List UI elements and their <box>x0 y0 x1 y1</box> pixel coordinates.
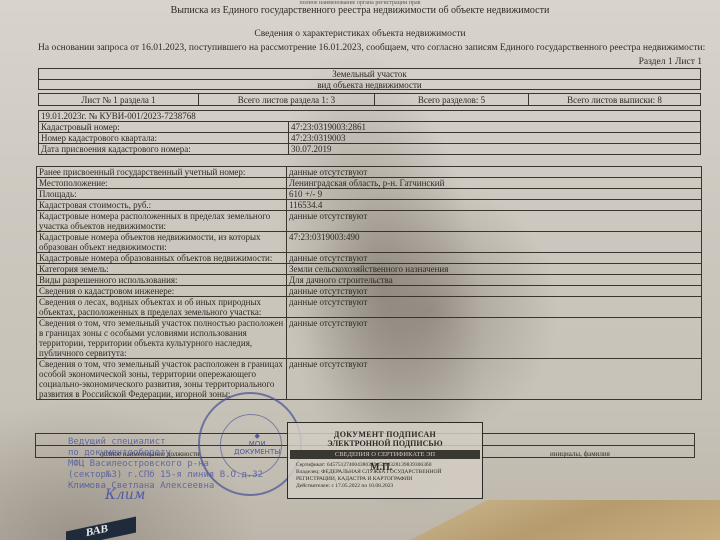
row-label: Кадастровые номера расположенных в преде… <box>37 211 287 232</box>
table-row: Сведения о том, что земельный участок по… <box>37 318 702 359</box>
row-value: 30.07.2019 <box>289 144 701 155</box>
document-subtitle: Сведения о характеристиках объекта недви… <box>0 29 720 39</box>
table-row: Категория земель:Земли сельскохозяйствен… <box>37 264 702 275</box>
row-label: Кадастровый номер: <box>39 122 289 133</box>
esig-heading-1: ДОКУМЕНТ ПОДПИСАН <box>288 430 482 439</box>
table-row: Кадастровые номера объектов недвижимости… <box>37 232 702 253</box>
table-row: Кадастровый номер: 47:23:0319003:2861 <box>39 122 701 133</box>
row-label: Ранее присвоенный государственный учетны… <box>37 167 287 178</box>
row-value: Ленинградская область, р-н. Гатчинский <box>287 178 702 189</box>
table-row: Ранее присвоенный государственный учетны… <box>37 167 702 178</box>
table-row: Виды разрешенного использования:Для дачн… <box>37 275 702 286</box>
row-value: данные отсутствуют <box>287 359 702 400</box>
table-row: Сведения о лесах, водных объектах и об и… <box>37 297 702 318</box>
row-value: данные отсутствуют <box>287 253 702 264</box>
row-label: Сведения о лесах, водных объектах и об и… <box>37 297 287 318</box>
blue-card-corner: ВАВ <box>66 517 136 540</box>
esig-validity: Действителен: с 17.05.2022 по 10.08.2023 <box>296 483 482 490</box>
table-row: Сведения о кадастровом инженере:данные о… <box>37 286 702 297</box>
row-value: Для дачного строительства <box>287 275 702 286</box>
row-label: Кадастровая стоимость, руб.: <box>37 200 287 211</box>
object-type-caption: вид объекта недвижимости <box>38 79 701 90</box>
row-label: Площадь: <box>37 189 287 200</box>
row-value: 47:23:0319003 <box>289 133 701 144</box>
row-label: Сведения о том, что земельный участок по… <box>37 318 287 359</box>
row-value: 610 +/- 9 <box>287 189 702 200</box>
row-value: Земли сельскохозяйственного назначения <box>287 264 702 275</box>
total-sections: Всего разделов: 5 <box>375 94 529 105</box>
esig-owner-2: РЕГИСТРАЦИИ, КАДАСТРА И КАРТОГРАФИИ <box>296 476 482 483</box>
row-value: данные отсутствуют <box>287 211 702 232</box>
table-row: Местоположение:Ленинградская область, р-… <box>37 178 702 189</box>
document-title: Выписка из Единого государственного реес… <box>0 5 720 16</box>
row-value: 47:23:0319003:2861 <box>289 122 701 133</box>
table-row: Кадастровые номера образованных объектов… <box>37 253 702 264</box>
row-value: данные отсутствуют <box>287 286 702 297</box>
registration-table: 19.01.2023г. № КУВИ-001/2023-7238768 Кад… <box>38 110 701 155</box>
sheet-number: Лист № 1 раздела 1 <box>39 94 199 105</box>
esig-heading-2: ЭЛЕКТРОННОЙ ПОДПИСЬЮ <box>288 439 482 448</box>
name-caption: инициалы, фамилия <box>550 450 610 458</box>
esig-certificate-bar: СВЕДЕНИЯ О СЕРТИФИКАТЕ ЭП <box>290 450 480 459</box>
characteristics-table: Ранее присвоенный государственный учетны… <box>36 166 702 400</box>
row-value: данные отсутствуют <box>287 297 702 318</box>
row-label: Кадастровые номера образованных объектов… <box>37 253 287 264</box>
seal-place-mark: М.П. <box>370 462 392 473</box>
row-value: данные отсутствуют <box>287 318 702 359</box>
total-sheets-section: Всего листов раздела 1: 3 <box>199 94 375 105</box>
row-label: Кадастровые номера объектов недвижимости… <box>37 232 287 253</box>
row-value: 116534.4 <box>287 200 702 211</box>
row-label: Категория земель: <box>37 264 287 275</box>
row-value: данные отсутствуют <box>287 167 702 178</box>
table-row: Кадастровая стоимость, руб.:116534.4 <box>37 200 702 211</box>
wooden-surface <box>410 500 720 540</box>
table-row: Номер кадастрового квартала: 47:23:03190… <box>39 133 701 144</box>
total-sheets-extract: Всего листов выписки: 8 <box>529 94 700 105</box>
mfc-clerk-stamp: Ведущий специалист по документообороту М… <box>68 437 263 492</box>
table-row: Сведения о том, что земельный участок ра… <box>37 359 702 400</box>
request-statement: На основании запроса от 16.01.2023, пост… <box>38 43 705 53</box>
row-label: Номер кадастрового квартала: <box>39 133 289 144</box>
row-label: Дата присвоения кадастрового номера: <box>39 144 289 155</box>
sheet-reference: Раздел 1 Лист 1 <box>639 57 702 67</box>
row-label: Сведения о кадастровом инженере: <box>37 286 287 297</box>
handwritten-signature: Клим <box>105 487 145 503</box>
table-row: Дата присвоения кадастрового номера: 30.… <box>39 144 701 155</box>
row-label: Местоположение: <box>37 178 287 189</box>
row-value: 47:23:0319003:490 <box>287 232 702 253</box>
row-label: Виды разрешенного использования: <box>37 275 287 286</box>
sheet-meta-row: Лист № 1 раздела 1 Всего листов раздела … <box>38 93 701 106</box>
extract-number: 19.01.2023г. № КУВИ-001/2023-7238768 <box>39 111 701 122</box>
table-row: Кадастровые номера расположенных в преде… <box>37 211 702 232</box>
table-row: Площадь:610 +/- 9 <box>37 189 702 200</box>
electronic-signature-block: ДОКУМЕНТ ПОДПИСАН ЭЛЕКТРОННОЙ ПОДПИСЬЮ С… <box>287 422 483 499</box>
